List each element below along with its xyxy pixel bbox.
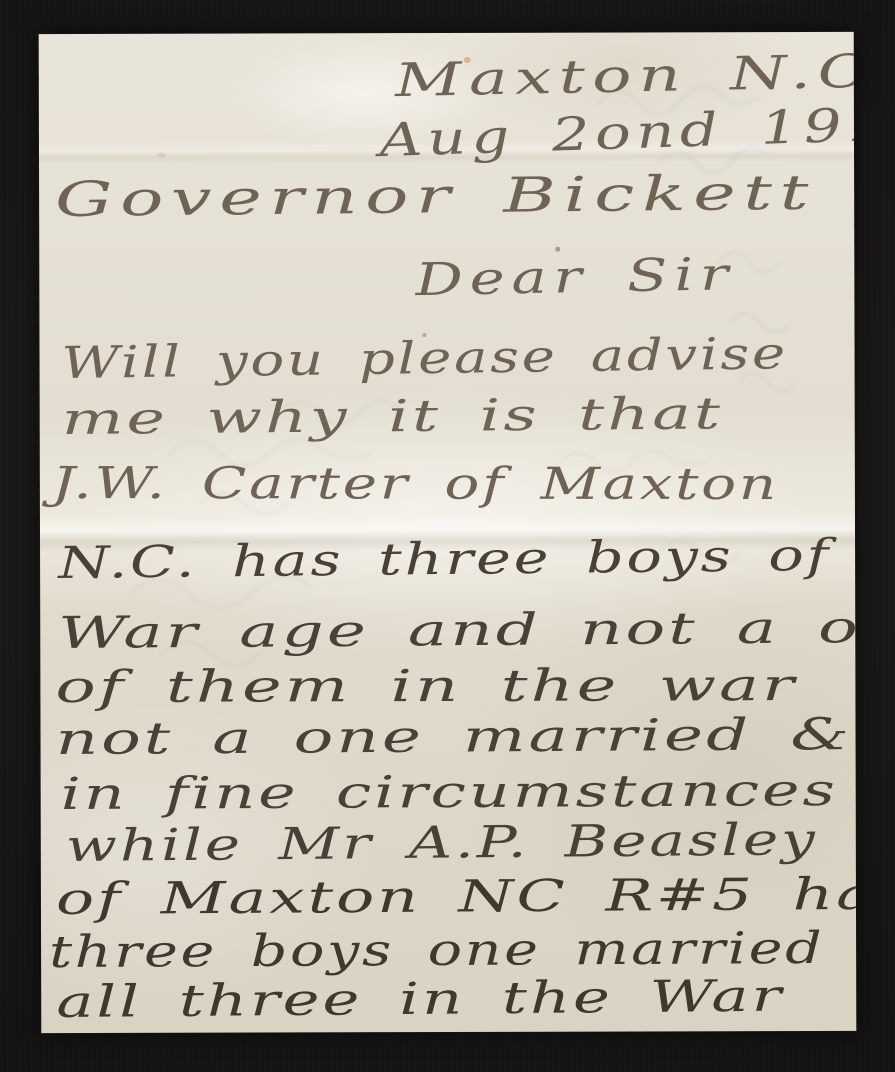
letter-body-line: not a one married &	[55, 713, 852, 762]
letter-body-line: N.C. has three boys of	[58, 534, 832, 586]
letter-body-line: me why it is that	[61, 392, 723, 442]
letter-body-line: in fine circumstances	[61, 769, 838, 817]
letter-body-line: of them in the war	[55, 664, 797, 710]
letter-body-line: while Mr A.P. Beasley	[66, 818, 818, 869]
letter-recipient-line: Governor Bickett	[55, 169, 817, 224]
letter-body-line: three boys one married	[49, 927, 825, 975]
letter-paper: Maxton N.C Aug 2ond 1918 Governor Bicket…	[39, 32, 857, 1033]
letter-place-line: Maxton N.C	[394, 48, 856, 103]
letter-body-line: Will you please advise	[61, 332, 788, 386]
letter-body-line: War age and not a one	[58, 606, 856, 656]
letter-body-line: all three in the War	[56, 975, 785, 1025]
letter-body-line: of Maxton NC R#5 has	[56, 873, 857, 922]
stain-spot	[157, 153, 166, 158]
photo-background: { "document": { "kind": "Handwritten let…	[0, 0, 895, 1072]
letter-salutation-line: Dear Sir	[415, 251, 736, 302]
letter-body-line: J.W. Carter of Maxton	[52, 462, 779, 507]
letter-date-line: Aug 2ond 1918	[378, 99, 857, 163]
